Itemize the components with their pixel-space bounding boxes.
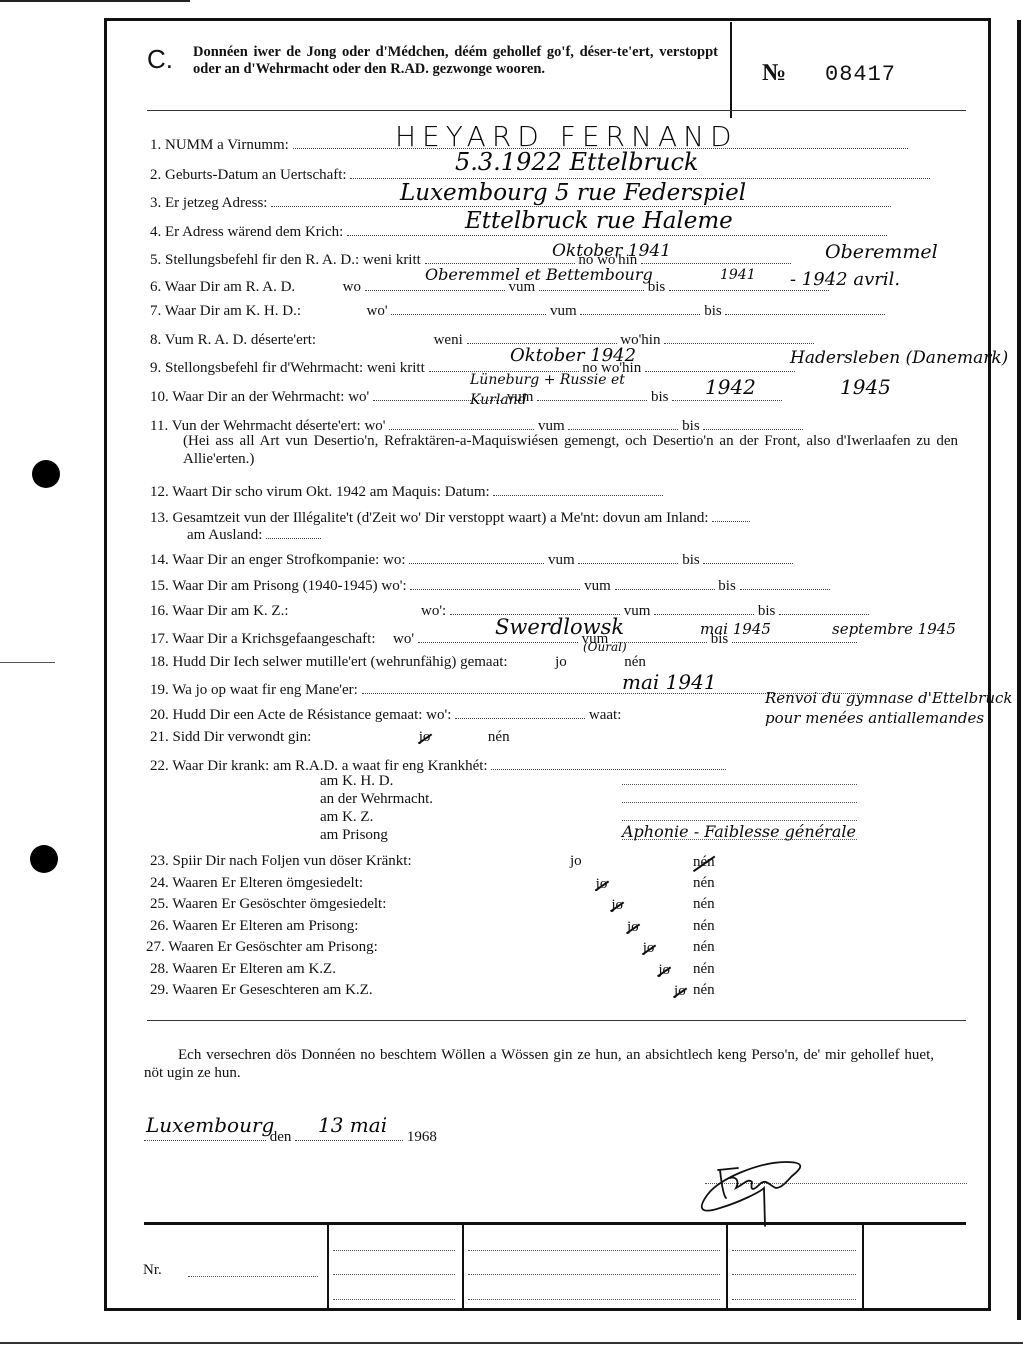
- abroad-label: am Ausland:: [187, 527, 262, 543]
- row-26: 26. Waaren Er Elteren am Prisong:: [150, 918, 358, 935]
- wehrmacht-from-value: 1942: [705, 375, 756, 399]
- row-label: Waart Dir scho virum Okt. 1942 am Maquis…: [172, 484, 441, 500]
- option-jo-struck[interactable]: jo: [674, 983, 686, 1000]
- row-7: 7. Waar Dir am K. H. D.: wo' vum bis: [150, 300, 885, 320]
- waat-label: waat:: [589, 707, 621, 723]
- row-number: 11.: [150, 418, 168, 434]
- datum-label: Datum:: [445, 484, 490, 500]
- row-18: 18. Hudd Dir Iech selwer mutille'ert (we…: [150, 654, 646, 671]
- row-number: 5.: [150, 252, 161, 268]
- wo-label: wo: [343, 279, 361, 295]
- footer-field[interactable]: [732, 1298, 856, 1300]
- scan-edge-top: [0, 0, 190, 2]
- vum-label: vum: [584, 578, 611, 594]
- bis-label: bis: [758, 603, 776, 619]
- bis-label: bis: [718, 578, 736, 594]
- row-29: 29. Waaren Er Geseschteren am K.Z.: [150, 982, 373, 999]
- sub-label: am Prisong: [320, 827, 388, 843]
- option-nen[interactable]: nén: [624, 654, 646, 670]
- footer-field[interactable]: [468, 1249, 720, 1251]
- kz-from-field[interactable]: [654, 600, 754, 615]
- row-label: Waaren Er Elteren ömgesiedelt:: [172, 875, 363, 891]
- option-jo-struck[interactable]: jo: [627, 919, 639, 936]
- rad-to-value: - 1942 avril.: [790, 269, 900, 290]
- rad-place-value: Oberemmel et Bettembourg: [425, 265, 653, 284]
- row-label: Waar Dir an enger Strofkompanie:: [172, 552, 379, 568]
- row-label: Waar Dir am K. Z.:: [172, 603, 288, 619]
- row-number: 12.: [150, 484, 169, 500]
- pow-place-note: (Oural): [583, 640, 627, 654]
- row-number: 13.: [150, 510, 169, 526]
- wo-label: wo': [367, 303, 388, 319]
- row-19: 19. Wa jo op waat fir eng Mane'er:: [150, 679, 862, 699]
- rad-order-date-value: Oktober 1941: [552, 241, 671, 261]
- rad-order-destination-value: Oberemmel: [825, 241, 938, 263]
- rad-desertion-date-field[interactable]: [467, 329, 617, 344]
- footer-field[interactable]: [468, 1298, 720, 1300]
- illness-khd-field[interactable]: [622, 783, 857, 785]
- bis-label: bis: [682, 552, 700, 568]
- declaration-text: Ech versechren dös Donnéen no beschtem W…: [144, 1046, 934, 1082]
- wo-label: wo': [348, 389, 369, 405]
- row-number: 4.: [150, 224, 161, 240]
- wo-label: wo':: [426, 707, 451, 723]
- bis-label: bis: [651, 389, 669, 405]
- war-address-value: Ettelbruck rue Haleme: [465, 208, 733, 234]
- row-label: Waaren Er Geseschteren am K.Z.: [172, 982, 372, 998]
- row-22: 22. Waar Dir krank: am R.A.D. a waat fir…: [150, 755, 726, 775]
- row-10: 10. Waar Dir an der Wehrmacht: wo' vum b…: [150, 386, 782, 406]
- row-label: Vum R. A. D. déserte'ert:: [165, 332, 316, 348]
- khd-from-field[interactable]: [580, 300, 700, 315]
- desertion-to-field[interactable]: [703, 415, 803, 430]
- row-label: Waaren Er Gesöschter am Prisong:: [168, 939, 378, 955]
- inland-months-field[interactable]: [712, 507, 750, 522]
- illness-khd-row: am K. H. D.: [320, 773, 393, 790]
- sub-label: am K. H. D.: [320, 773, 393, 789]
- row-number: 3.: [150, 195, 161, 211]
- row-number: 10.: [150, 389, 169, 405]
- pow-place-value: Swerdlowsk: [495, 615, 624, 639]
- row-21: 21. Sidd Dir verwondt gin: jo nén: [150, 729, 510, 746]
- sub-label: am K. Z.: [320, 809, 373, 825]
- khd-to-field[interactable]: [725, 300, 885, 315]
- row-label: Waar Dir am K. H. D.:: [165, 303, 301, 319]
- rad-from-value: 1941: [720, 267, 756, 283]
- year: 1968: [407, 1129, 437, 1145]
- punishment-company-place-field[interactable]: [409, 549, 544, 564]
- footer-column-divider: [327, 1225, 329, 1311]
- footer-field[interactable]: [732, 1273, 856, 1275]
- option-nen[interactable]: nén: [693, 896, 715, 913]
- row-14: 14. Waar Dir an enger Strofkompanie: wo:…: [150, 549, 793, 569]
- weni-label: weni kritt: [363, 252, 421, 268]
- sub-label: an der Wehrmacht.: [320, 791, 433, 807]
- row-label: Er Adress wärend dem Krich:: [165, 224, 343, 240]
- row-label: Stellongsbefehl fir d'Wehrmacht:: [165, 360, 363, 376]
- illness-prison-row: am Prisong: [320, 827, 388, 844]
- row-number: 28.: [150, 961, 169, 977]
- row-label: Waaren Er Gesöschter ömgesiedelt:: [172, 896, 386, 912]
- illness-prison-value: Aphonie - Faiblesse générale: [622, 822, 856, 841]
- row-number: 6.: [150, 279, 161, 295]
- kz-place-field[interactable]: [450, 600, 620, 615]
- nr-label: Nr.: [143, 1262, 162, 1279]
- kz-to-field[interactable]: [779, 600, 869, 615]
- row-label: Waar Dir an der Wehrmacht:: [172, 389, 344, 405]
- row-number: 15.: [150, 578, 169, 594]
- illness-wehrmacht-row: an der Wehrmacht.: [320, 791, 433, 808]
- row-number: 8.: [150, 332, 161, 348]
- section-letter: C.: [147, 44, 173, 75]
- wehrmacht-order-destination-field[interactable]: [645, 357, 795, 372]
- row-number: 26.: [150, 918, 169, 934]
- wehrmacht-to-value: 1945: [840, 375, 891, 399]
- row-8: 8. Vum R. A. D. déserte'ert: weni wo'hin: [150, 329, 814, 349]
- row-23: 23. Spiir Dir nach Foljen vun döser Krän…: [150, 853, 412, 870]
- row-label: Sidd Dir verwondt gin:: [173, 729, 312, 745]
- scan-edge-right: [1017, 20, 1021, 1320]
- document-number: 08417: [825, 62, 896, 87]
- footer-rule: [144, 1222, 966, 1225]
- row-number: 2.: [150, 167, 161, 183]
- wo-label: wo':: [381, 578, 406, 594]
- option-nen[interactable]: nén: [693, 875, 715, 892]
- wo-label: wo:: [383, 552, 406, 568]
- vum-label: vum: [548, 552, 575, 568]
- bis-label: bis: [704, 303, 722, 319]
- wo-label: wo': [393, 631, 414, 647]
- desertion-place-field[interactable]: [389, 415, 534, 430]
- row-15: 15. Waar Dir am Prisong (1940-1945) wo':…: [150, 575, 830, 595]
- signature-icon: [690, 1148, 820, 1228]
- illness-wehrmacht-field[interactable]: [622, 801, 857, 803]
- row-number: 25.: [150, 896, 169, 912]
- place-value: Luxembourg: [146, 1113, 274, 1137]
- row-number: 22.: [150, 758, 169, 774]
- option-jo-struck[interactable]: jo: [596, 876, 608, 893]
- row-number: 23.: [150, 853, 169, 869]
- row-label: Hudd Dir Iech selwer mutille'ert (wehrun…: [173, 654, 508, 670]
- row-13-abroad: am Ausland:: [187, 524, 321, 544]
- row-label: Spiir Dir nach Foljen vun döser Kränkt:: [173, 853, 412, 869]
- row-label: Waaren Er Elteren am K.Z.: [172, 961, 336, 977]
- wo-label: wo':: [421, 603, 446, 619]
- wehrmacht-order-destination-value: Hadersleben (Danemark): [790, 348, 1008, 368]
- row-27: 27. Waaren Er Gesöschter am Prisong:: [146, 939, 378, 956]
- option-jo[interactable]: jo: [555, 654, 567, 670]
- section-divider: [147, 1020, 966, 1021]
- prison-to-field[interactable]: [740, 575, 830, 590]
- row-20: 20. Hudd Dir een Acte de Résistance gema…: [150, 704, 621, 724]
- footer-field[interactable]: [333, 1249, 455, 1251]
- punishment-company-to-field[interactable]: [703, 549, 793, 564]
- pow-from-value: mai 1945: [700, 620, 771, 638]
- option-jo-struck[interactable]: jo: [658, 962, 670, 979]
- row-number: 19.: [150, 682, 169, 698]
- birth-value: 5.3.1922 Ettelbruck: [455, 148, 698, 176]
- date-value: 13 mai: [318, 1113, 387, 1137]
- punishment-company-from-field[interactable]: [578, 549, 678, 564]
- current-address-value: Luxembourg 5 rue Federspiel: [400, 180, 746, 206]
- row-number: 21.: [150, 729, 169, 745]
- row-number: 9.: [150, 360, 161, 376]
- row-number: 14.: [150, 552, 169, 568]
- option-nen[interactable]: nén: [488, 729, 510, 745]
- option-nen[interactable]: nén: [693, 982, 715, 999]
- rad-desertion-destination-field[interactable]: [664, 329, 814, 344]
- row-number: 1.: [150, 137, 161, 153]
- khd-place-field[interactable]: [391, 300, 546, 315]
- row-25: 25. Waaren Er Gesöschter ömgesiedelt:: [150, 896, 386, 913]
- row-label: Waar Dir a Krichsgefaangeschaft:: [172, 631, 375, 647]
- row-label: Waar Dir am Prisong (1940-1945): [172, 578, 377, 594]
- wehrmacht-order-date-value: Oktober 1942: [510, 345, 636, 366]
- nr-field[interactable]: [188, 1275, 318, 1277]
- illness-kz-field[interactable]: [622, 819, 857, 821]
- header-rule: [147, 110, 966, 111]
- footer-field[interactable]: [732, 1249, 856, 1251]
- number-sign: №: [762, 60, 786, 87]
- pow-to-value: septembre 1945: [832, 620, 956, 638]
- row-number: 18.: [150, 654, 169, 670]
- row-label: Waar Dir krank: am R.A.D. a waat fir eng…: [172, 758, 487, 774]
- row-label: Er jetzeg Adress:: [165, 195, 267, 211]
- desertion-note: (Hei ass all Art vun Desertio'n, Refrakt…: [183, 432, 958, 468]
- footer-field[interactable]: [333, 1273, 455, 1275]
- row-label: Hudd Dir een Acte de Résistance gemaat:: [173, 707, 423, 723]
- option-jo-struck[interactable]: jo: [643, 940, 655, 957]
- resistance-act-value: Renvoi du gymnase d'Ettelbruck pour mené…: [765, 688, 1015, 728]
- weni-label: weni: [434, 332, 463, 348]
- row-number: 17.: [150, 631, 169, 647]
- row-label: Stellungsbefehl fir den R. A. D.:: [165, 252, 359, 268]
- margin-mark: [0, 662, 55, 663]
- row-label: Wa jo op waat fir eng Mane'er:: [172, 682, 358, 698]
- vum-label: vum: [624, 603, 651, 619]
- row-number: 27.: [146, 939, 165, 955]
- punch-hole-icon: [32, 460, 60, 488]
- weni-label: weni kritt: [367, 360, 425, 376]
- row-label: NUMM a Virnumm:: [165, 137, 289, 153]
- option-jo-struck[interactable]: jo: [611, 897, 623, 914]
- option-jo[interactable]: jo: [570, 853, 582, 870]
- row-number: 24.: [150, 875, 169, 891]
- row-label: Waaren Er Elteren am Prisong:: [172, 918, 358, 934]
- header-divider: [730, 22, 732, 118]
- punch-hole-icon: [30, 845, 58, 873]
- option-nen[interactable]: nén: [693, 961, 715, 978]
- scan-edge-bottom: [0, 1342, 1023, 1344]
- row-number: 7.: [150, 303, 161, 319]
- row-label: Geburts-Datum an Uertschaft:: [165, 167, 347, 183]
- option-nen-struck[interactable]: nén: [693, 854, 715, 871]
- abroad-months-field[interactable]: [266, 524, 321, 539]
- illness-kz-row: am K. Z.: [320, 809, 373, 826]
- footer-column-divider: [862, 1225, 864, 1311]
- vum-label: vum: [550, 303, 577, 319]
- row-number: 20.: [150, 707, 169, 723]
- illness-rad-field[interactable]: [491, 755, 726, 770]
- footer-column-divider: [462, 1225, 464, 1311]
- footer-field[interactable]: [468, 1273, 720, 1275]
- footer-column-divider: [726, 1225, 728, 1311]
- resistance-place-field[interactable]: [455, 704, 585, 719]
- desertion-from-field[interactable]: [568, 415, 678, 430]
- row-number: 16.: [150, 603, 169, 619]
- prison-place-field[interactable]: [410, 575, 580, 590]
- wehrmacht-place-value: Lüneburg + Russie et Kurland: [470, 370, 630, 410]
- row-number: 29.: [150, 982, 169, 998]
- row-label: Waar Dir am R. A. D.: [165, 279, 295, 295]
- option-jo-struck[interactable]: jo: [419, 729, 431, 746]
- manner-value: mai 1941: [622, 670, 717, 694]
- option-nen[interactable]: nén: [693, 939, 715, 956]
- option-nen[interactable]: nén: [693, 918, 715, 935]
- prison-from-field[interactable]: [615, 575, 715, 590]
- maquis-date-field[interactable]: [493, 481, 663, 496]
- row-24: 24. Waaren Er Elteren ömgesiedelt:: [150, 875, 363, 892]
- form-title: Donnéen iwer de Jong oder d'Médchen, déé…: [193, 44, 718, 78]
- row-28: 28. Waaren Er Elteren am K.Z.: [150, 961, 336, 978]
- footer-field[interactable]: [333, 1298, 455, 1300]
- row-12: 12. Waart Dir scho virum Okt. 1942 am Ma…: [150, 481, 663, 501]
